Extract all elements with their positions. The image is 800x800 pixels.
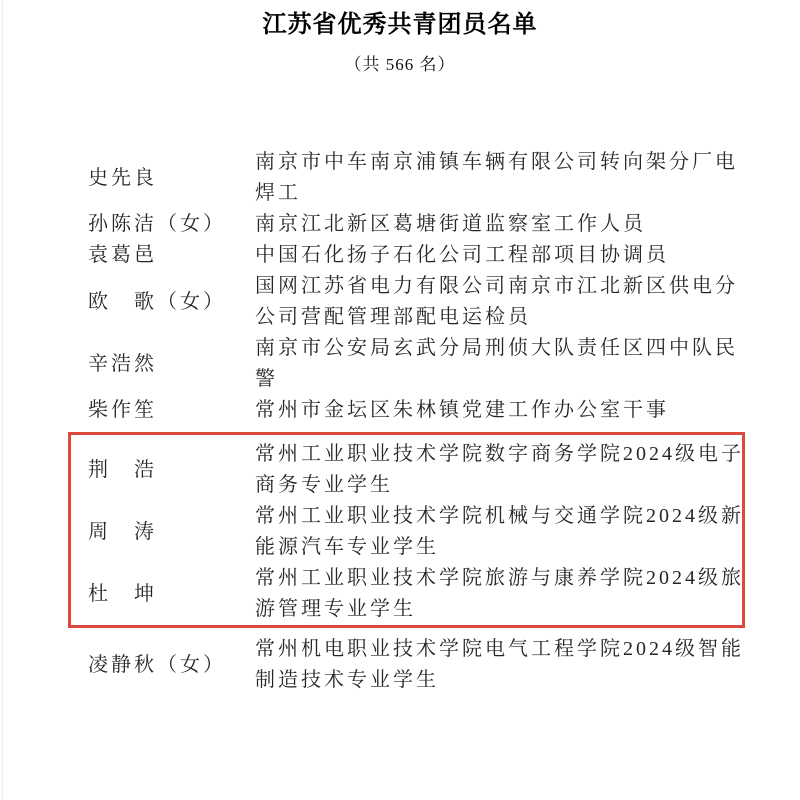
member-row: 凌静秋（女） 常州机电职业技术学院电气工程学院2024级智能制造技术专业学生 — [88, 634, 745, 696]
member-name: 柴作笙 — [88, 395, 255, 426]
member-description: 南京江北新区葛塘街道监察室工作人员 — [255, 209, 745, 240]
member-row: 史先良 南京市中车南京浦镇车辆有限公司转向架分厂电焊工 — [88, 147, 745, 209]
member-row: 欧 歌（女） 国网江苏省电力有限公司南京市江北新区供电分公司营配管理部配电运检员 — [88, 271, 745, 333]
member-list: 史先良 南京市中车南京浦镇车辆有限公司转向架分厂电焊工 孙陈洁（女） 南京江北新… — [88, 147, 745, 696]
member-description: 常州工业职业技术学院数字商务学院2024级电子商务专业学生 — [255, 439, 745, 501]
member-row: 袁葛邑 中国石化扬子石化公司工程部项目协调员 — [88, 240, 745, 271]
page-title: 江苏省优秀共青团员名单 — [0, 10, 800, 40]
member-name: 杜 坤 — [88, 579, 255, 610]
page-edge-divider — [2, 0, 3, 800]
member-name: 凌静秋（女） — [88, 650, 255, 681]
member-name: 周 涛 — [88, 517, 255, 548]
document-page: 江苏省优秀共青团员名单 （共 566 名） 史先良 南京市中车南京浦镇车辆有限公… — [0, 0, 800, 800]
member-name: 孙陈洁（女） — [88, 209, 255, 240]
member-description: 常州机电职业技术学院电气工程学院2024级智能制造技术专业学生 — [255, 634, 745, 696]
member-description: 常州工业职业技术学院旅游与康养学院2024级旅游管理专业学生 — [255, 563, 745, 625]
member-row: 柴作笙 常州市金坛区朱林镇党建工作办公室干事 — [88, 395, 745, 426]
member-name: 史先良 — [88, 163, 255, 194]
member-description: 中国石化扬子石化公司工程部项目协调员 — [255, 240, 745, 271]
member-name: 荆 浩 — [88, 455, 255, 486]
member-row: 杜 坤 常州工业职业技术学院旅游与康养学院2024级旅游管理专业学生 — [88, 563, 742, 625]
member-count-subtitle: （共 566 名） — [0, 54, 800, 76]
member-row: 荆 浩 常州工业职业技术学院数字商务学院2024级电子商务专业学生 — [88, 439, 742, 501]
highlight-box: 荆 浩 常州工业职业技术学院数字商务学院2024级电子商务专业学生 周 涛 常州… — [68, 432, 745, 628]
member-description: 南京市公安局玄武分局刑侦大队责任区四中队民警 — [255, 333, 745, 395]
member-row: 孙陈洁（女） 南京江北新区葛塘街道监察室工作人员 — [88, 209, 745, 240]
member-name: 欧 歌（女） — [88, 287, 255, 318]
member-row: 周 涛 常州工业职业技术学院机械与交通学院2024级新能源汽车专业学生 — [88, 501, 742, 563]
member-description: 常州市金坛区朱林镇党建工作办公室干事 — [255, 395, 745, 426]
member-name: 袁葛邑 — [88, 240, 255, 271]
member-description: 常州工业职业技术学院机械与交通学院2024级新能源汽车专业学生 — [255, 501, 745, 563]
member-row: 辛浩然 南京市公安局玄武分局刑侦大队责任区四中队民警 — [88, 333, 745, 395]
member-name: 辛浩然 — [88, 349, 255, 380]
member-description: 南京市中车南京浦镇车辆有限公司转向架分厂电焊工 — [255, 147, 745, 209]
member-description: 国网江苏省电力有限公司南京市江北新区供电分公司营配管理部配电运检员 — [255, 271, 745, 333]
